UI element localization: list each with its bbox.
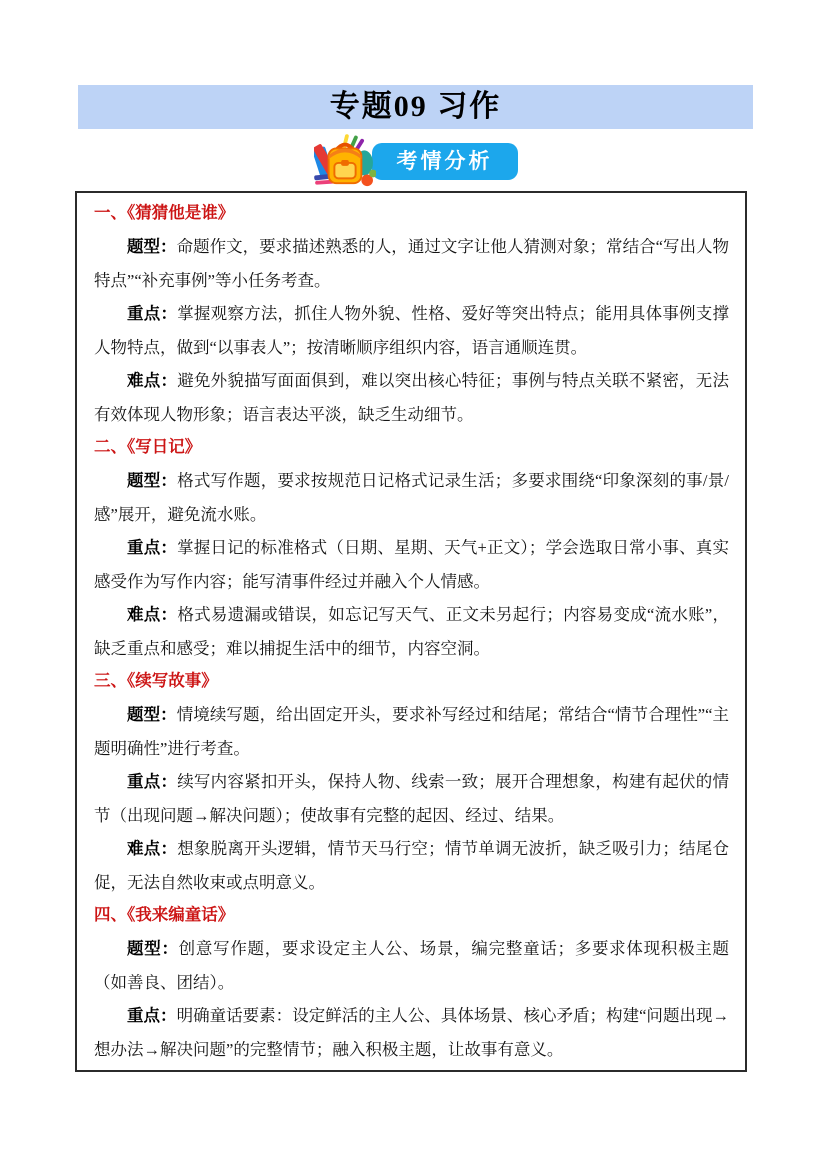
paragraph-text: 格式写作题，要求按规范日记格式记录生活；多要求围绕“印象深刻的事/景/感”展开，… bbox=[94, 471, 729, 524]
section1-zhongdian: 重点：掌握观察方法，抓住人物外貌、性格、爱好等突出特点；能用具体事例支撑人物特点… bbox=[94, 297, 729, 364]
paragraph-label: 重点： bbox=[127, 1007, 177, 1025]
paragraph-label: 重点： bbox=[127, 539, 177, 557]
paragraph-text: 情境续写题，给出固定开头，要求补写经过和结尾；常结合“情节合理性”“主题明确性”… bbox=[94, 705, 729, 758]
paragraph-label: 难点： bbox=[127, 840, 177, 858]
paragraph-text: 续写内容紧扣开头，保持人物、线索一致；展开合理想象，构建有起伏的情节（出现问题→… bbox=[94, 772, 729, 825]
paragraph-label: 重点： bbox=[127, 305, 177, 323]
section-heading-4: 四、《我来编童话》 bbox=[94, 899, 729, 932]
section-heading-1: 一、《猜猜他是谁》 bbox=[94, 197, 729, 230]
paragraph-label: 重点： bbox=[127, 773, 177, 791]
section2-tixing: 题型：格式写作题，要求按规范日记格式记录生活；多要求围绕“印象深刻的事/景/感”… bbox=[94, 464, 729, 531]
section4-tixing: 题型：创意写作题，要求设定主人公、场景，编完整童话；多要求体现积极主题（如善良、… bbox=[94, 932, 729, 999]
section3-tixing: 题型：情境续写题，给出固定开头，要求补写经过和结尾；常结合“情节合理性”“主题明… bbox=[94, 698, 729, 765]
paragraph-label: 题型： bbox=[127, 706, 177, 724]
paragraph-label: 题型： bbox=[127, 472, 177, 490]
section3-zhongdian: 重点：续写内容紧扣开头，保持人物、线索一致；展开合理想象，构建有起伏的情节（出现… bbox=[94, 765, 729, 832]
paragraph-text: 创意写作题，要求设定主人公、场景，编完整童话；多要求体现积极主题（如善良、团结）… bbox=[94, 939, 729, 992]
badge-kaoqing-fenxi: 考情分析 bbox=[372, 143, 518, 180]
section2-zhongdian: 重点：掌握日记的标准格式（日期、星期、天气+正文）；学会选取日常小事、真实感受作… bbox=[94, 531, 729, 598]
section-heading-2: 二、《写日记》 bbox=[94, 431, 729, 464]
analysis-box: 一、《猜猜他是谁》 题型：命题作文，要求描述熟悉的人，通过文字让他人猜测对象；常… bbox=[75, 191, 747, 1072]
paragraph-text: 避免外貌描写面面俱到，难以突出核心特征；事例与特点关联不紧密，无法有效体现人物形… bbox=[94, 371, 729, 424]
section4-nandian: 难点：主人公特点不鲜明，形象单薄；情节逻辑混乱，缺乏合理性；主题表达生硬，与故事… bbox=[94, 1066, 729, 1072]
section-heading-3: 三、《续写故事》 bbox=[94, 665, 729, 698]
section1-nandian: 难点：避免外貌描写面面俱到，难以突出核心特征；事例与特点关联不紧密，无法有效体现… bbox=[94, 364, 729, 431]
paragraph-label: 题型： bbox=[127, 940, 179, 958]
paragraph-text: 命题作文，要求描述熟悉的人，通过文字让他人猜测对象；常结合“写出人物特点”“补充… bbox=[94, 237, 729, 290]
title-banner: 专题09 习作 bbox=[78, 85, 753, 129]
paragraph-text: 掌握观察方法，抓住人物外貌、性格、爱好等突出特点；能用具体事例支撑人物特点，做到… bbox=[94, 304, 729, 357]
paragraph-text: 明确童话要素：设定鲜活的主人公、具体场景、核心矛盾；构建“问题出现→想办法→解决… bbox=[94, 1006, 729, 1059]
section4-zhongdian: 重点：明确童话要素：设定鲜活的主人公、具体场景、核心矛盾；构建“问题出现→想办法… bbox=[94, 999, 729, 1066]
paragraph-text: 掌握日记的标准格式（日期、星期、天气+正文）；学会选取日常小事、真实感受作为写作… bbox=[94, 538, 729, 591]
paragraph-label: 题型： bbox=[127, 238, 177, 256]
section3-nandian: 难点：想象脱离开头逻辑，情节天马行空；情节单调无波折，缺乏吸引力；结尾仓促，无法… bbox=[94, 832, 729, 899]
page-title: 专题09 习作 bbox=[330, 92, 502, 122]
paragraph-text: 格式易遗漏或错误，如忘记写天气、正文未另起行；内容易变成“流水账”，缺乏重点和感… bbox=[94, 605, 729, 658]
paragraph-label: 难点： bbox=[127, 372, 177, 390]
section1-tixing: 题型：命题作文，要求描述熟悉的人，通过文字让他人猜测对象；常结合“写出人物特点”… bbox=[94, 230, 729, 297]
badge-row: 考情分析 bbox=[78, 134, 753, 188]
section2-nandian: 难点：格式易遗漏或错误，如忘记写天气、正文未另起行；内容易变成“流水账”，缺乏重… bbox=[94, 598, 729, 665]
paragraph-label: 难点： bbox=[127, 606, 177, 624]
schoolbag-icon bbox=[314, 134, 376, 188]
paragraph-text: 想象脱离开头逻辑，情节天马行空；情节单调无波折，缺乏吸引力；结尾仓促，无法自然收… bbox=[94, 839, 729, 892]
